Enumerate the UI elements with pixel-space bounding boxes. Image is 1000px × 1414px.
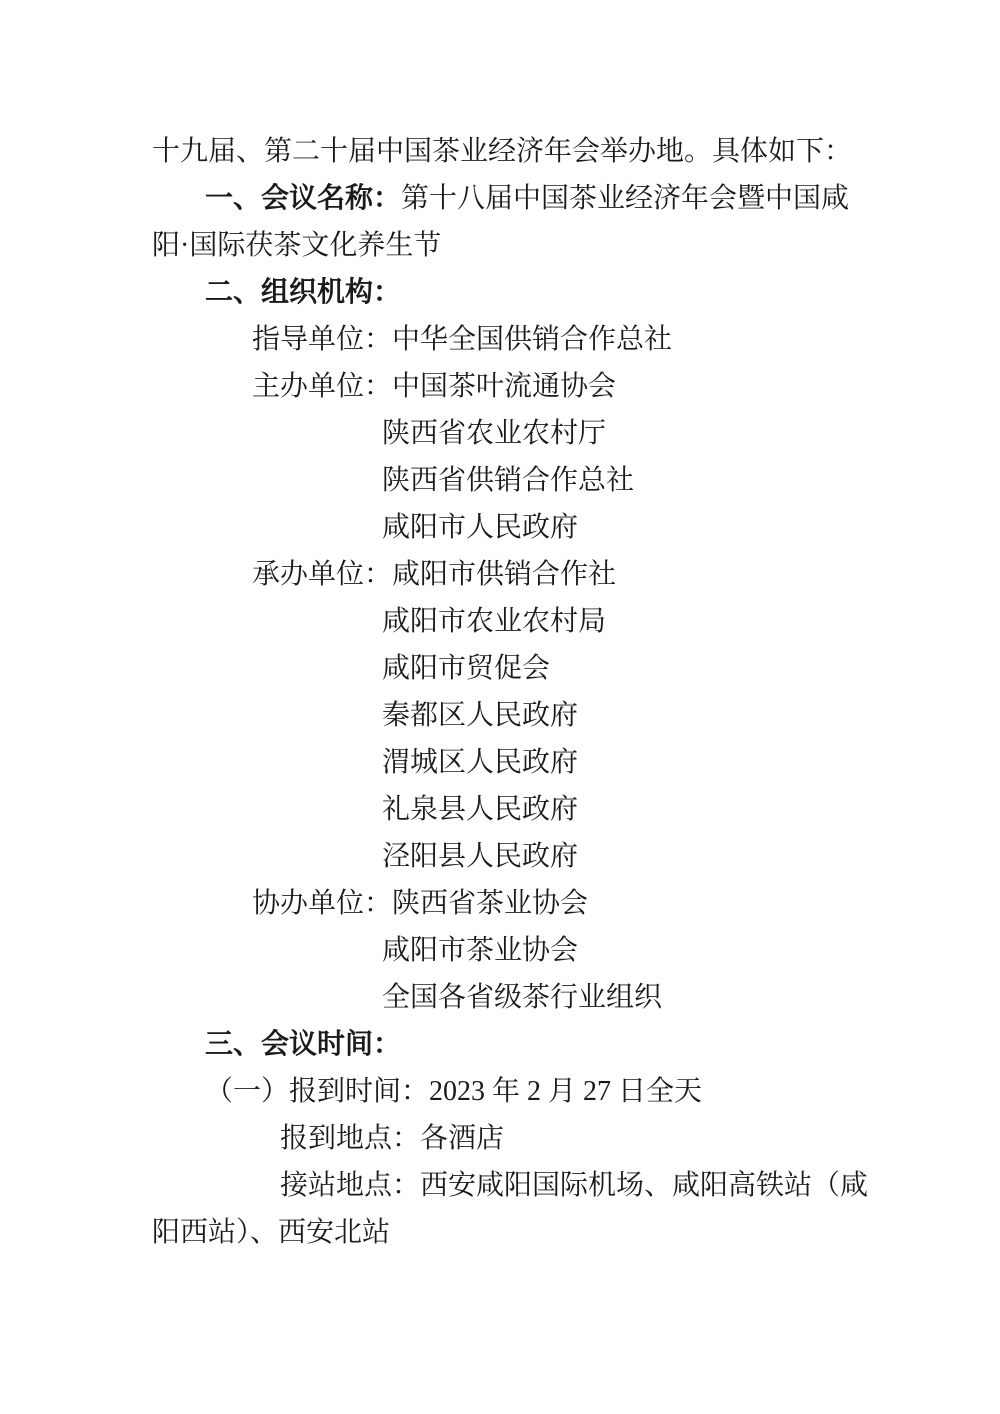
co-organizer-cont-line-1: 咸阳市茶业协会 <box>152 927 952 974</box>
section-2-organization-heading-line: 二、组织机构： <box>152 269 952 316</box>
document-page: 十九届、第二十届中国茶业经济年会举办地。具体如下： 一、会议名称：第十八届中国茶… <box>0 0 1000 1414</box>
meeting-name-continuation-line: 阳·国际茯茶文化养生节 <box>152 222 952 269</box>
host-unit-cont-line-3: 咸阳市人民政府 <box>152 504 952 551</box>
host-unit-cont-line-1: 陕西省农业农村厅 <box>152 410 952 457</box>
organizer-unit-cont-line-2: 咸阳市贸促会 <box>152 645 952 692</box>
co-organizer-cont-line-2: 全国各省级茶行业组织 <box>152 974 952 1021</box>
guidance-unit-line: 指导单位：中华全国供销合作总社 <box>152 316 952 363</box>
co-organizer-unit-line: 协办单位：陕西省茶业协会 <box>152 880 952 927</box>
pickup-place-line: 接站地点：西安咸阳国际机场、咸阳高铁站（咸 <box>152 1162 952 1209</box>
document-text-block: 十九届、第二十届中国茶业经济年会举办地。具体如下： 一、会议名称：第十八届中国茶… <box>152 128 952 1256</box>
registration-time-line: （一）报到时间：2023 年 2 月 27 日全天 <box>152 1068 952 1115</box>
organizer-unit-line: 承办单位：咸阳市供销合作社 <box>152 551 952 598</box>
intro-line: 十九届、第二十届中国茶业经济年会举办地。具体如下： <box>152 128 952 175</box>
organizer-unit-cont-line-1: 咸阳市农业农村局 <box>152 598 952 645</box>
pickup-place-cont-line: 阳西站）、西安北站 <box>152 1209 952 1256</box>
organizer-unit-cont-line-5: 礼泉县人民政府 <box>152 786 952 833</box>
host-unit-line: 主办单位：中国茶叶流通协会 <box>152 363 952 410</box>
host-unit-cont-line-2: 陕西省供销合作总社 <box>152 457 952 504</box>
organizer-unit-cont-line-6: 泾阳县人民政府 <box>152 833 952 880</box>
organizer-unit-cont-line-4: 渭城区人民政府 <box>152 739 952 786</box>
organizer-unit-cont-line-3: 秦都区人民政府 <box>152 692 952 739</box>
registration-place-line: 报到地点：各酒店 <box>152 1115 952 1162</box>
section-1-meeting-name-heading-line: 一、会议名称：第十八届中国茶业经济年会暨中国咸 <box>152 175 952 222</box>
section-3-meeting-time-heading-line: 三、会议时间： <box>152 1021 952 1068</box>
